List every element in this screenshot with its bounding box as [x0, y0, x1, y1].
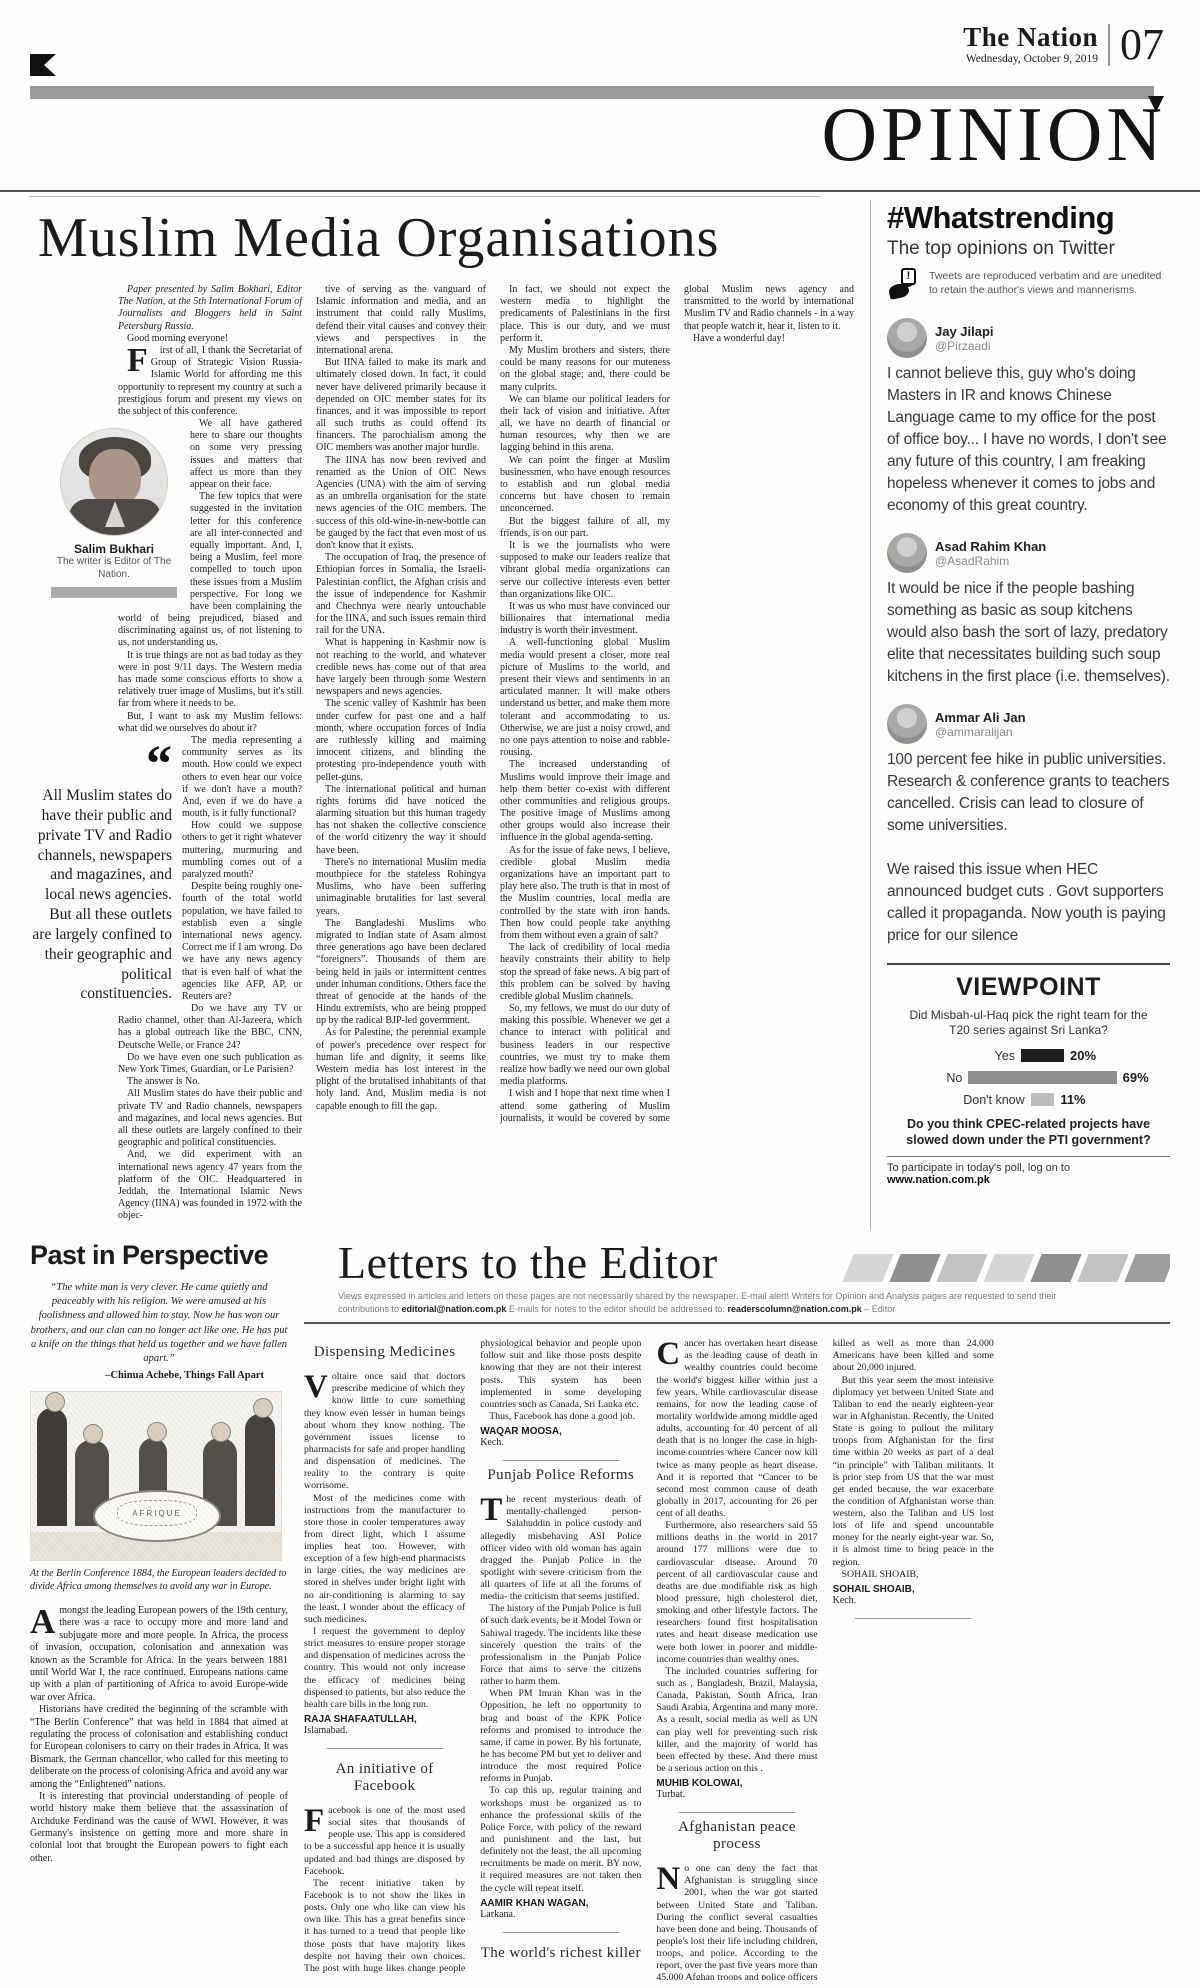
- letters-columns: Dispensing Medicines Voltaire once said …: [304, 1338, 1170, 1980]
- letter-signature: MUHIB KOLOWAI,: [656, 1778, 817, 1789]
- letter-signature: SOHAIL SHOAIB,: [833, 1584, 994, 1595]
- letter-body: The recent mysterious death of mentally-…: [480, 1494, 641, 1895]
- paragraph: It is we the journalists who were suppos…: [500, 540, 670, 601]
- article-salutation: Good morning everyone!: [118, 333, 302, 345]
- paragraph: A well-functioning global Muslim media w…: [500, 637, 670, 759]
- twitter-bird-icon: !: [887, 270, 921, 304]
- poll-option-label: Don't know: [953, 1093, 1031, 1107]
- note-mid: E-mails for notes to the editor should b…: [506, 1304, 727, 1314]
- paragraph: In fact, we should not expect the wester…: [500, 284, 670, 345]
- tweet-avatar: [887, 704, 927, 744]
- letter-city: Islamabad.: [304, 1725, 465, 1736]
- paragraph: To cap this up, regular training and wor…: [480, 1785, 641, 1894]
- paragraph: Do we have even one such publication as …: [118, 1052, 302, 1076]
- editorial-email: editorial@nation.com.pk: [402, 1304, 507, 1314]
- poll-result-row: No 69%: [887, 1070, 1170, 1085]
- paragraph: I request the government to deploy stric…: [304, 1626, 465, 1711]
- paragraph: All Muslim states do have their public a…: [118, 1088, 302, 1149]
- tweet: Jay Jilapi ✓ @Pirzaadi I cannot believe …: [887, 318, 1170, 517]
- viewpoint-participate: To participate in today's poll, log on t…: [887, 1156, 1170, 1186]
- letter-signature: AAMIR KHAN WAGAN,: [480, 1898, 641, 1909]
- cartoon-figure: [139, 1438, 167, 1494]
- paper-date: Wednesday, October 9, 2019: [963, 53, 1098, 65]
- poll-bar: [968, 1071, 1116, 1084]
- tweet-author-name: Asad Rahim Khan ✓: [935, 539, 1046, 554]
- letter-heading: Afghanistan peace process: [656, 1819, 817, 1853]
- letter-signature: RAJA SHAFAATULLAH,: [304, 1714, 465, 1725]
- viewpoint-next-question: Do you think CPEC-related projects have …: [904, 1117, 1153, 1148]
- letters-note: Views expressed in articles and letters …: [304, 1290, 1170, 1316]
- exclamation-bubble-icon: !: [901, 268, 916, 285]
- cartoon-figure: [37, 1408, 67, 1526]
- tweet-text: It would be nice if the people bashing s…: [887, 578, 1170, 688]
- letter-city: Larkana.: [480, 1909, 641, 1920]
- article-intro: Paper presented by Salim Bokhari, Editor…: [118, 284, 302, 333]
- cartoon-map-label: AFRIQUE: [117, 1500, 197, 1526]
- masthead: The Nation Wednesday, October 9, 2019 07: [963, 24, 1164, 66]
- poll-option-label: No: [890, 1071, 968, 1085]
- poll-percentage: 11%: [1054, 1092, 1104, 1107]
- paragraph: Do we have any TV or Radio channel, othe…: [118, 1003, 302, 1052]
- whatstrending-title: #Whatstrending: [887, 200, 1170, 236]
- paragraph: Voltaire once said that doctors prescrib…: [304, 1371, 465, 1492]
- paragraph: The answer is No.: [118, 1076, 302, 1088]
- paragraph: SOHAIL SHOAIB,: [833, 1569, 994, 1581]
- paragraph: tive of serving as the vanguard of Islam…: [316, 284, 486, 357]
- cartoon-figure: [203, 1438, 237, 1526]
- paragraph: Amongst the leading European powers of t…: [30, 1605, 288, 1704]
- tweets-disclaimer: Tweets are reproduced verbatim and are u…: [929, 270, 1170, 297]
- past-attribution: –Chinua Achebe, Things Fall Apart: [30, 1370, 288, 1381]
- paragraph: So, my fellows, we must do our duty of m…: [500, 1003, 670, 1088]
- paragraph: It was us who must have convinced our bi…: [500, 601, 670, 638]
- letter: Dispensing Medicines Voltaire once said …: [304, 1344, 465, 1749]
- paragraph: As for Palestine, the perennial example …: [316, 1027, 486, 1112]
- paragraph: But, I want to ask my Muslim fellows: wh…: [118, 711, 302, 735]
- slash-decoration: [848, 1254, 1170, 1286]
- paragraph: There's no international Muslim media mo…: [316, 857, 486, 918]
- tweet-author-handle: @ammaralijan: [935, 725, 1026, 739]
- letter-divider: [503, 1932, 619, 1933]
- tweet-avatar: [887, 533, 927, 573]
- newspaper-page: The Nation Wednesday, October 9, 2019 07…: [0, 0, 1200, 1988]
- poll-result-row: Yes 20%: [887, 1048, 1170, 1063]
- participate-url: www.nation.com.pk: [887, 1174, 990, 1186]
- page-number: 07: [1110, 24, 1164, 66]
- poll-percentage: 69%: [1117, 1070, 1167, 1085]
- paragraph: And, we did experiment with an internati…: [118, 1149, 302, 1222]
- tweet: Ammar Ali Jan ✓ @ammaralijan 100 percent…: [887, 704, 1170, 947]
- paragraph: What is happening in Kashmir now is not …: [316, 637, 486, 698]
- paragraph: We can blame our political leaders for t…: [500, 394, 670, 455]
- letter-heading: The world's richest killer: [480, 1945, 641, 1962]
- letter-city: Kech.: [480, 1437, 641, 1448]
- paragraph: As for the issue of fake news, I believe…: [500, 845, 670, 943]
- headline-rule: [30, 196, 820, 197]
- letter: Punjab Police Reforms The recent mysteri…: [480, 1467, 641, 1933]
- note-pre: contributions to: [338, 1304, 402, 1314]
- tweet-text: I cannot believe this, guy who's doing M…: [887, 363, 1170, 517]
- tweet-author-handle: @AsadRahim: [935, 554, 1046, 568]
- letter-heading: Dispensing Medicines: [304, 1344, 465, 1361]
- paragraph: But the biggest failure of all, my frien…: [500, 516, 670, 540]
- author-role: The writer is Editor of The Nation.: [48, 556, 180, 581]
- article-column-1: Paper presented by Salim Bokhari, Editor…: [30, 284, 302, 1276]
- letters-to-editor: Letters to the Editor Views expressed in…: [304, 1240, 1170, 1980]
- past-quote: “The white man is very clever. He came q…: [30, 1281, 288, 1366]
- paragraph: Facebook is one of the most used social …: [304, 1805, 465, 1878]
- paragraph: It is true things are not as bad today a…: [118, 650, 302, 711]
- paragraph: The IINA has now been revived and rename…: [316, 455, 486, 553]
- article-first-paragraph: First of all, I thank the Secretariat of…: [118, 345, 302, 418]
- main-article: Muslim Media Organisations Paper present…: [30, 200, 854, 1230]
- cartoon-map-table: [93, 1490, 221, 1542]
- author-name: Salim Bukhari: [48, 542, 180, 556]
- letter-divider: [503, 1460, 619, 1461]
- viewpoint-top-rule: [887, 963, 1170, 965]
- letter-signature: WAQAR MOOSA,: [480, 1426, 641, 1437]
- poll-option-label: Yes: [943, 1049, 1021, 1063]
- paragraph: It is interesting that provincial unders…: [30, 1791, 288, 1865]
- paper-name: The Nation: [963, 24, 1098, 51]
- header-rule: [0, 190, 1200, 192]
- paragraph: Thus, Facebook has done a good job.: [480, 1411, 641, 1423]
- paragraph: The recent mysterious death of mentally-…: [480, 1494, 641, 1603]
- letters-rule: [304, 1322, 1170, 1324]
- article-columns-rest: tive of serving as the vanguard of Islam…: [316, 284, 854, 1130]
- paragraph: But this year seem the most intensive di…: [833, 1375, 994, 1569]
- letter-divider: [679, 1812, 795, 1813]
- berlin-conference-cartoon: AFRIQUE: [30, 1391, 282, 1561]
- whatstrending-subtitle: The top opinions on Twitter: [887, 238, 1170, 260]
- poll-bar: [1031, 1093, 1055, 1106]
- letter-heading: Punjab Police Reforms: [480, 1467, 641, 1484]
- article-title: Muslim Media Organisations: [38, 206, 854, 270]
- paragraph: The Bangladeshi Muslims who migrated to …: [316, 918, 486, 1028]
- paragraph: The scenic valley of Kashmir has been un…: [316, 698, 486, 783]
- tweet: Asad Rahim Khan ✓ @AsadRahim It would be…: [887, 533, 1170, 688]
- note-line1: Views expressed in articles and letters …: [338, 1291, 1057, 1301]
- letter-body: Voltaire once said that doctors prescrib…: [304, 1371, 465, 1711]
- letter-city: Kech.: [833, 1595, 994, 1606]
- paragraph: The increased understanding of Muslims w…: [500, 759, 670, 844]
- paragraph: The lack of credibility of local media h…: [500, 942, 670, 1003]
- past-in-perspective: Past in Perspective “The white man is ve…: [30, 1240, 288, 1980]
- readers-column-email: readerscolumn@nation.com.pk: [727, 1304, 861, 1314]
- participate-text: To participate in today's poll, log on t…: [887, 1162, 1070, 1174]
- corner-flag-icon: [30, 54, 56, 76]
- poll-result-row: Don't know 11%: [887, 1092, 1170, 1107]
- letters-title: Letters to the Editor: [304, 1240, 718, 1286]
- paragraph: The included countries suffering for suc…: [656, 1666, 817, 1775]
- cartoon-figure: [245, 1414, 275, 1526]
- poll-percentage: 20%: [1064, 1048, 1114, 1063]
- paragraph: Most of the medicines come with instruct…: [304, 1493, 465, 1627]
- author-card: Salim Bukhari The writer is Editor of Th…: [48, 428, 180, 598]
- paragraph: Furthermore, also researchers said 55 mi…: [656, 1520, 817, 1666]
- letter-body: Cancer has overtaken heart disease as th…: [656, 1338, 817, 1775]
- poll-bar: [1021, 1049, 1064, 1062]
- paragraph: Have a wonderful day!: [684, 333, 854, 345]
- tweet-avatar: [887, 318, 927, 358]
- pull-quote: All Muslim states do have their public a…: [30, 749, 172, 1004]
- cartoon-figure: [75, 1440, 109, 1526]
- cartoon-caption: At the Berlin Conference 1884, the Europ…: [30, 1567, 288, 1593]
- letter-city: Turbat.: [656, 1789, 817, 1800]
- tweet-author-name: Jay Jilapi ✓: [935, 324, 994, 339]
- past-title: Past in Perspective: [30, 1240, 288, 1271]
- paragraph: But IINA failed to make its mark and ult…: [316, 357, 486, 455]
- paragraph: Historians have credited the beginning o…: [30, 1704, 288, 1791]
- paragraph: Cancer has overtaken heart disease as th…: [656, 1338, 817, 1520]
- paragraph: When PM Imran Khan was in the Opposition…: [480, 1688, 641, 1785]
- viewpoint-title: VIEWPOINT: [887, 973, 1170, 1002]
- paragraph: We can point the finger at Muslim busine…: [500, 455, 670, 516]
- paragraph: My Muslim brothers and sisters, there co…: [500, 345, 670, 394]
- whatstrending-rail: #Whatstrending The top opinions on Twitt…: [870, 200, 1170, 1230]
- author-photo: [60, 428, 168, 536]
- past-body: Amongst the leading European powers of t…: [30, 1605, 288, 1865]
- letter-divider: [855, 1618, 971, 1619]
- paragraph: The occupation of Iraq, the presence of …: [316, 552, 486, 637]
- tweet-author-handle: @Pirzaadi: [935, 339, 994, 353]
- section-title: OPINION: [821, 96, 1166, 173]
- paragraph: The history of the Punjab Police is full…: [480, 1603, 641, 1688]
- author-divider-bar: [51, 587, 177, 598]
- note-end: – Editor: [862, 1304, 896, 1314]
- viewpoint-question: Did Misbah-ul-Haq pick the right team fo…: [907, 1008, 1150, 1038]
- letter-heading: An initiative of Facebook: [304, 1761, 465, 1795]
- paragraph: The international political and human ri…: [316, 784, 486, 857]
- tweet-text: 100 percent fee hike in public universit…: [887, 749, 1170, 947]
- letter-divider: [327, 1748, 443, 1749]
- tweet-author-name: Ammar Ali Jan ✓: [935, 710, 1026, 725]
